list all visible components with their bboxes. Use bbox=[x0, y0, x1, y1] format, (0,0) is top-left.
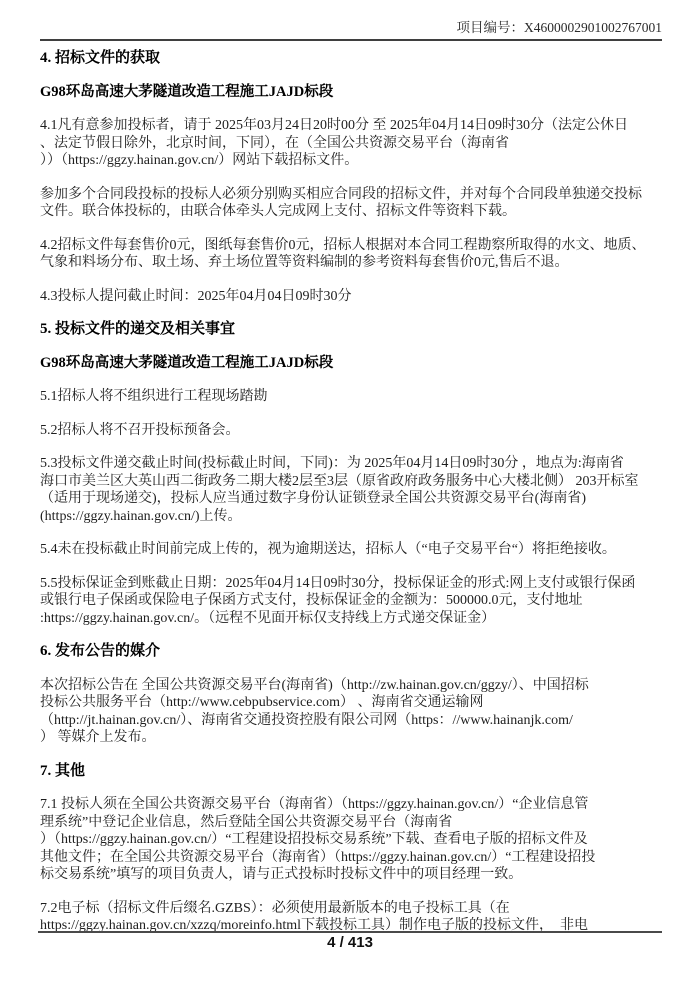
section-heading-7: 7. 其他 bbox=[40, 763, 662, 781]
para-7-2: 7.2电子标（招标文件后缀名.GZBS）：必须使用最新版本的电子投标工具（在 h… bbox=[40, 900, 662, 935]
page-number: 4 / 413 bbox=[0, 934, 700, 951]
para-6-media: 本次招标公告在 全国公共资源交易平台(海南省)（http://zw.hainan… bbox=[40, 677, 662, 747]
page-bottom-rule bbox=[38, 931, 662, 933]
page-header: 项目编号：X4600002901002767001 bbox=[40, 20, 662, 41]
project-number: 项目编号：X4600002901002767001 bbox=[457, 20, 663, 36]
section-heading-4: 4. 招标文件的获取 bbox=[40, 50, 662, 68]
contract-section-title: G98环岛高速大茅隧道改造工程施工JAJD标段 bbox=[40, 84, 662, 102]
document-page: 项目编号：X4600002901002767001 4. 招标文件的获取 G98… bbox=[0, 0, 700, 990]
para-4-3: 4.3投标人提问截止时间：2025年04月04日09时30分 bbox=[40, 288, 662, 306]
document-content: 项目编号：X4600002901002767001 4. 招标文件的获取 G98… bbox=[0, 0, 700, 935]
para-5-3: 5.3投标文件递交截止时间(投标截止时间，下同)：为 2025年04月14日09… bbox=[40, 455, 662, 525]
para-5-2: 5.2招标人将不召开投标预备会。 bbox=[40, 422, 662, 440]
section-heading-5: 5. 投标文件的递交及相关事宜 bbox=[40, 321, 662, 339]
para-7-1: 7.1 投标人须在全国公共资源交易平台（海南省）（https://ggzy.ha… bbox=[40, 796, 662, 884]
contract-section-title: G98环岛高速大茅隧道改造工程施工JAJD标段 bbox=[40, 355, 662, 373]
para-4-1: 4.1凡有意参加投标者，请于 2025年03月24日20时00分 至 2025年… bbox=[40, 117, 662, 170]
para-4-download-note: 参加多个合同段投标的投标人必须分别购买相应合同段的招标文件，并对每个合同段单独递… bbox=[40, 186, 662, 221]
para-5-4: 5.4未在投标截止时间前完成上传的，视为逾期送达，招标人（“电子交易平台“）将拒… bbox=[40, 541, 662, 559]
section-heading-6: 6. 发布公告的媒介 bbox=[40, 643, 662, 661]
para-5-5: 5.5投标保证金到账截止日期：2025年04月14日09时30分，投标保证金的形… bbox=[40, 575, 662, 628]
para-5-1: 5.1招标人将不组织进行工程现场踏勘 bbox=[40, 388, 662, 406]
para-4-2: 4.2招标文件每套售价0元，图纸每套售价0元，招标人根据对本合同工程勘察所取得的… bbox=[40, 237, 662, 272]
